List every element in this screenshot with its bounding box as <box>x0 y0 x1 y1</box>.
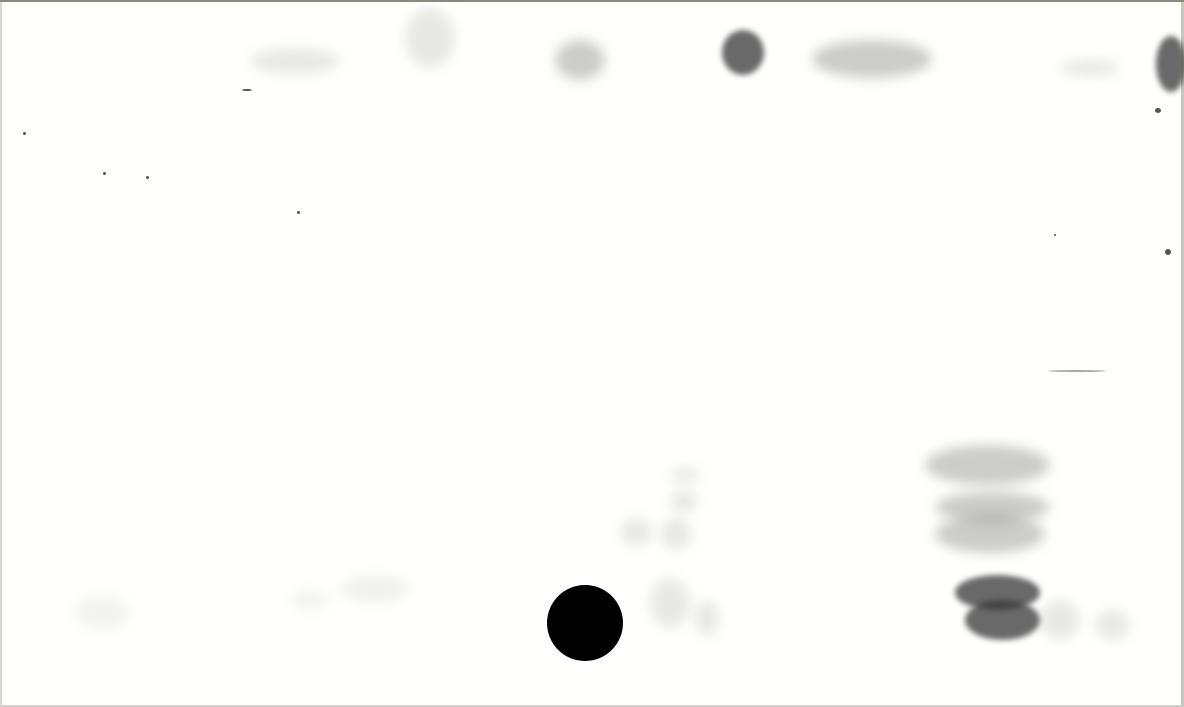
smudge <box>670 468 700 482</box>
smudge <box>650 578 690 628</box>
smudge <box>722 30 764 75</box>
smudge <box>290 590 330 610</box>
speck <box>1054 234 1056 236</box>
blank-card-scan <box>0 0 1184 707</box>
smudge <box>965 600 1040 640</box>
smudge <box>925 445 1050 485</box>
smudge <box>75 595 130 630</box>
speck <box>297 211 300 214</box>
speck <box>1165 249 1171 255</box>
speck <box>1155 108 1161 113</box>
smudge <box>1040 600 1080 640</box>
speck <box>1048 370 1106 372</box>
smudge <box>1095 610 1130 640</box>
smudge <box>555 40 605 80</box>
speck <box>103 172 106 175</box>
smudge <box>660 518 692 550</box>
smudge <box>695 600 719 636</box>
speck <box>23 132 26 135</box>
smudge <box>1060 60 1120 76</box>
speck <box>242 89 252 91</box>
smudge <box>620 518 652 546</box>
smudge <box>1156 36 1184 92</box>
smudge <box>405 8 455 68</box>
smudge <box>250 48 340 74</box>
speck <box>146 176 149 179</box>
smudge <box>812 40 932 78</box>
smudge <box>340 575 410 603</box>
smudge <box>670 490 698 512</box>
black-dot <box>547 585 623 661</box>
smudge <box>935 515 1045 553</box>
